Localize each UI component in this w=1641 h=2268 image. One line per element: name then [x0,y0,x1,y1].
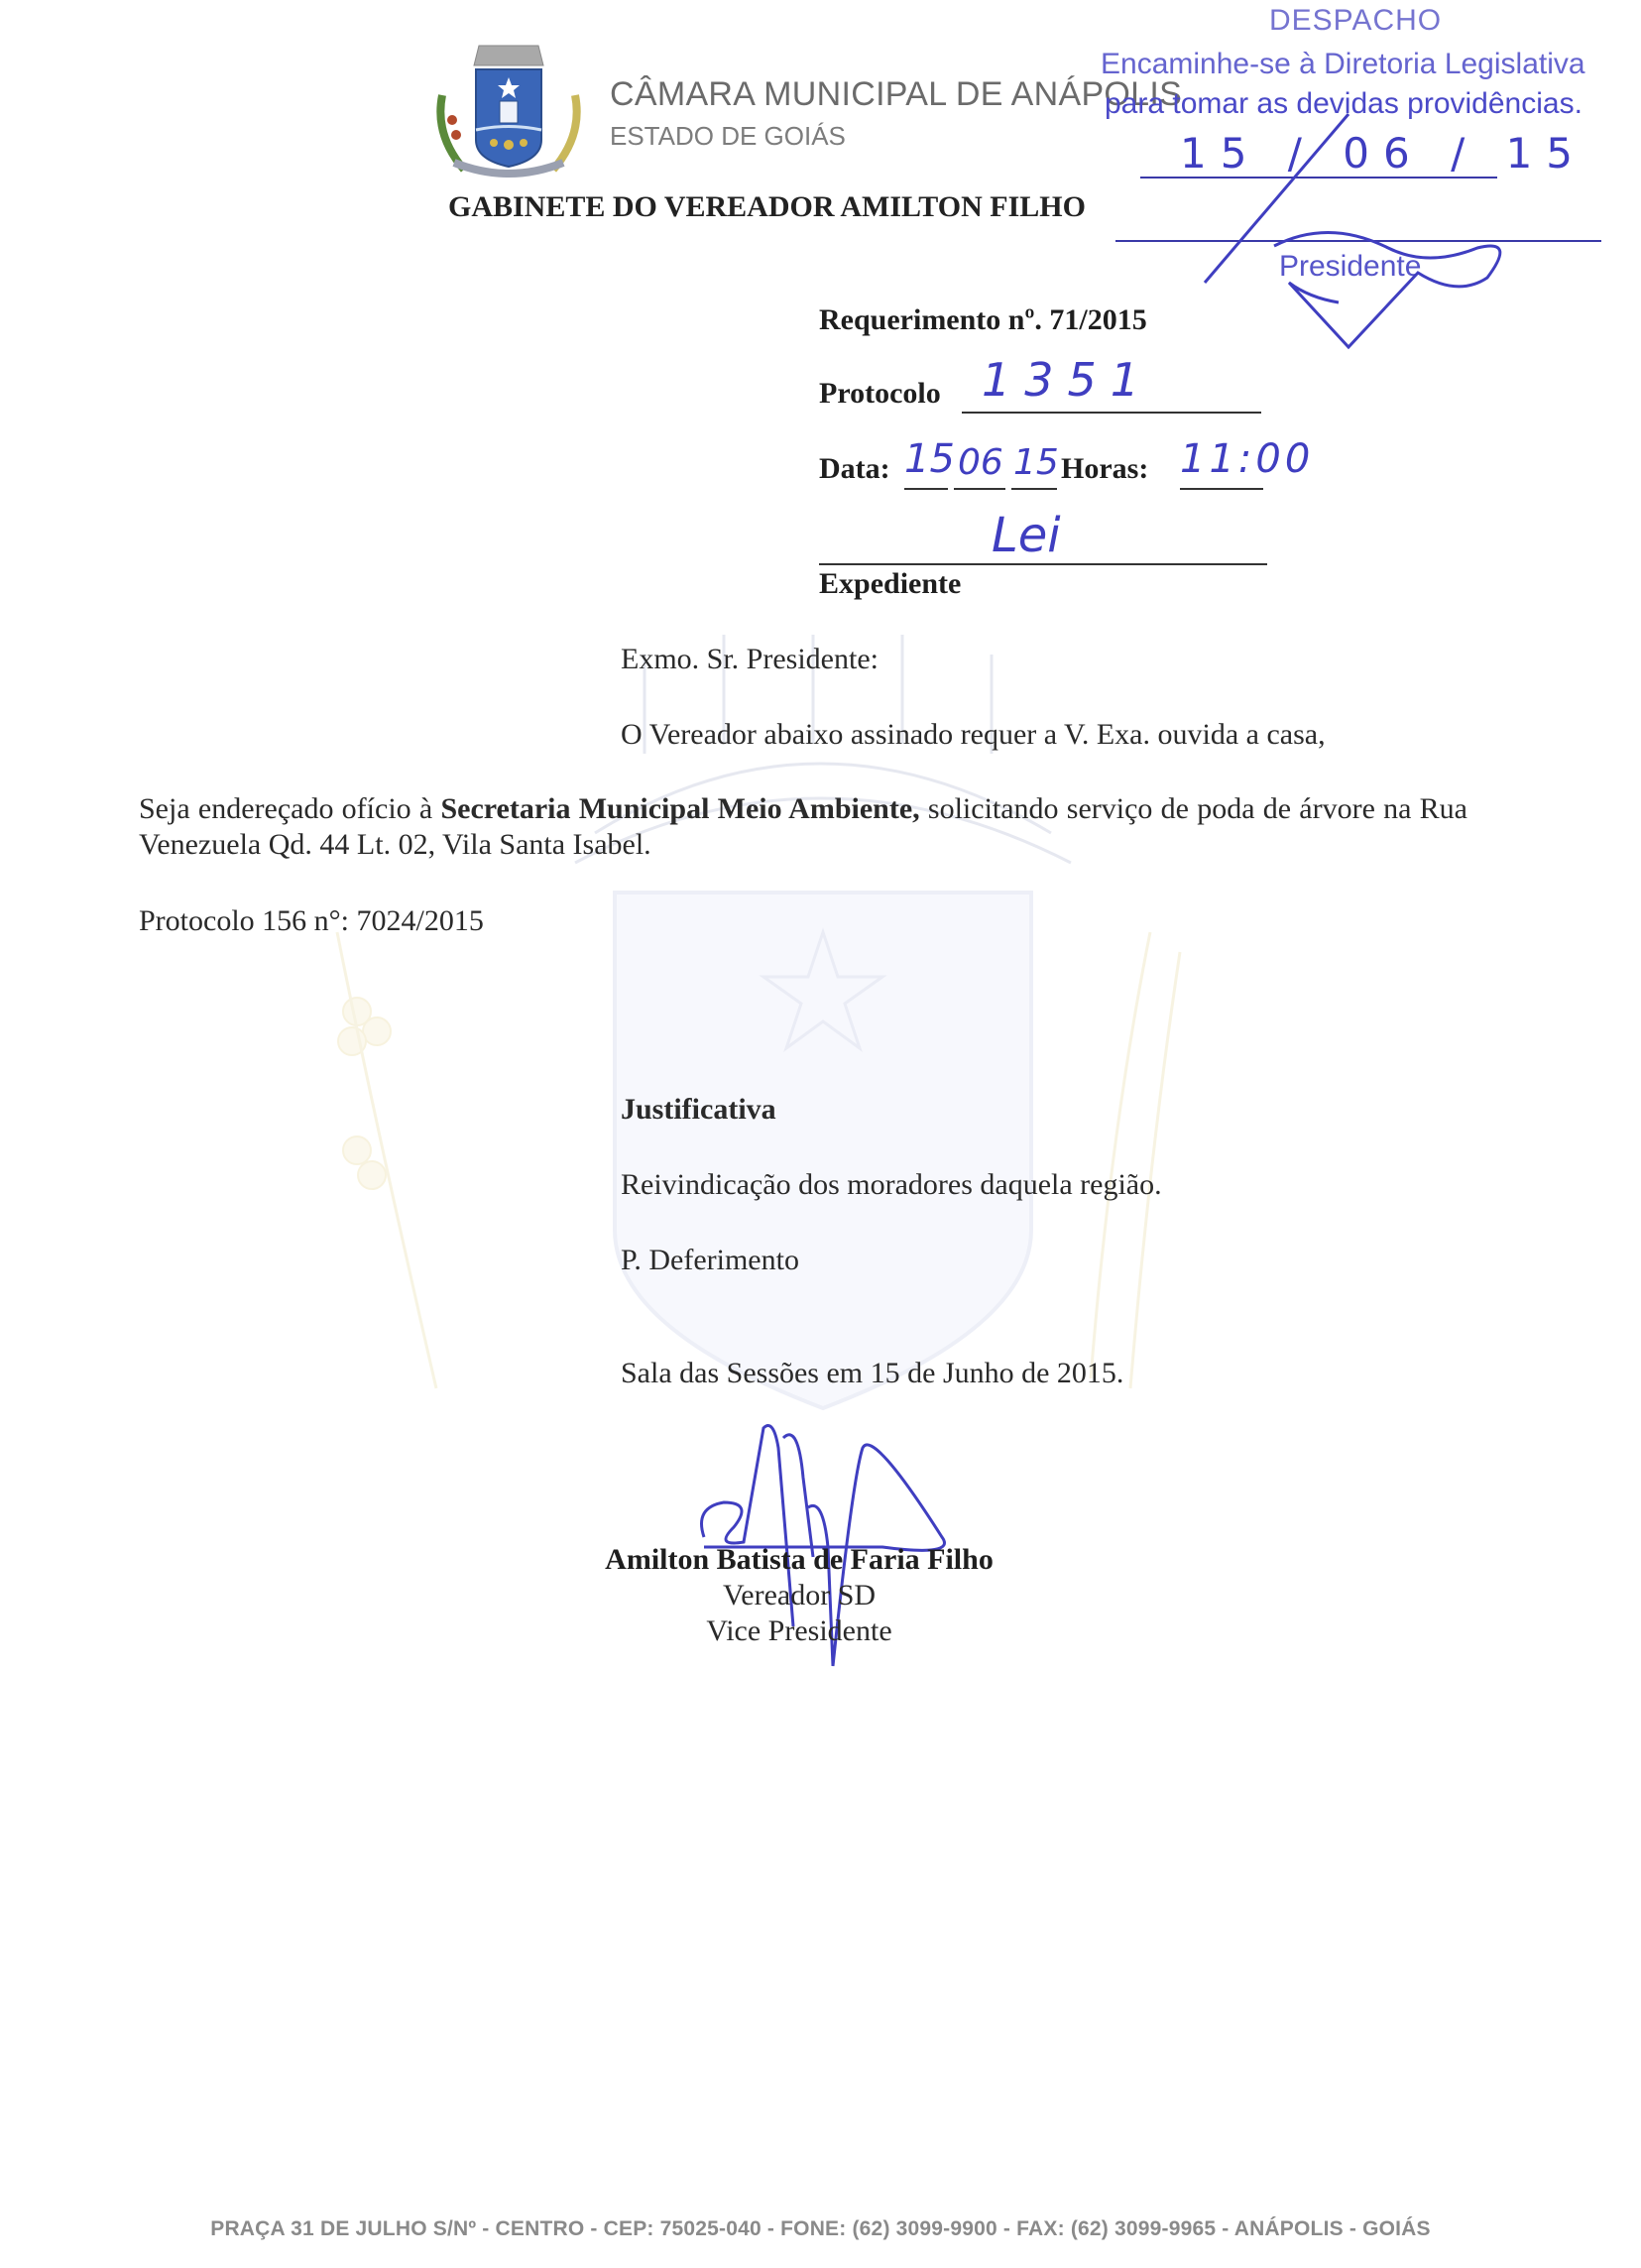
president-signature [1190,99,1606,367]
horas-line [1180,488,1263,490]
protocolo-line [962,412,1261,414]
requerimento-number: Requerimento nº. 71/2015 [819,303,1147,337]
data-day[interactable]: 15 [904,436,955,482]
watermark-coat-of-arms [397,635,1289,1527]
expediente-line [819,563,1267,565]
data-day-line [904,488,948,490]
coat-of-arms-logo [434,36,583,184]
expediente-initials: Lei [992,508,1061,563]
place-date: Sala das Sessões em 15 de Junho de 2015. [621,1357,1123,1390]
data-month-line [954,488,1005,490]
protocolo-value[interactable]: 1351 [982,353,1153,407]
protocolo-label: Protocolo [819,377,941,411]
request-paragraph: Seja endereçado ofício à Secretaria Muni… [139,791,1467,863]
horas-label: Horas: [1061,452,1148,486]
footer-address: PRAÇA 31 DE JULHO S/Nº - CENTRO - CEP: 7… [0,2217,1641,2241]
institution-name: CÂMARA MUNICIPAL DE ANÁPOLIS [610,75,1182,114]
expediente-label: Expediente [819,567,961,601]
signatory-title: Vice Presidente [581,1614,1017,1648]
justification-text: Reivindicação dos moradores daquela regi… [621,1168,1162,1202]
signatory-name: Amilton Batista de Faria Filho [581,1543,1017,1577]
request-recipient: Secretaria Municipal Meio Ambiente, [440,792,919,825]
protocol-156: Protocolo 156 n°: 7024/2015 [139,904,484,938]
data-year-line [1011,488,1057,490]
data-year[interactable]: 15 [1013,442,1059,483]
justification-title: Justificativa [621,1093,776,1127]
office-title: GABINETE DO VEREADOR AMILTON FILHO [448,190,1086,224]
request-prefix: Seja endereçado ofício à [139,792,440,825]
data-label: Data: [819,452,890,486]
salutation: Exmo. Sr. Presidente: [621,643,879,676]
stamp-title: DESPACHO [1269,4,1442,38]
horas-value[interactable]: 11:00 [1180,436,1314,482]
stamp-line-1: Encaminhe-se à Diretoria Legislativa [1101,48,1585,81]
state-name: ESTADO DE GOIÁS [610,121,846,152]
intro-text: O Vereador abaixo assinado requer a V. E… [621,718,1326,752]
closing-text: P. Deferimento [621,1244,799,1277]
data-month[interactable]: 06 [958,442,1003,483]
signatory-role: Vereador SD [581,1579,1017,1612]
